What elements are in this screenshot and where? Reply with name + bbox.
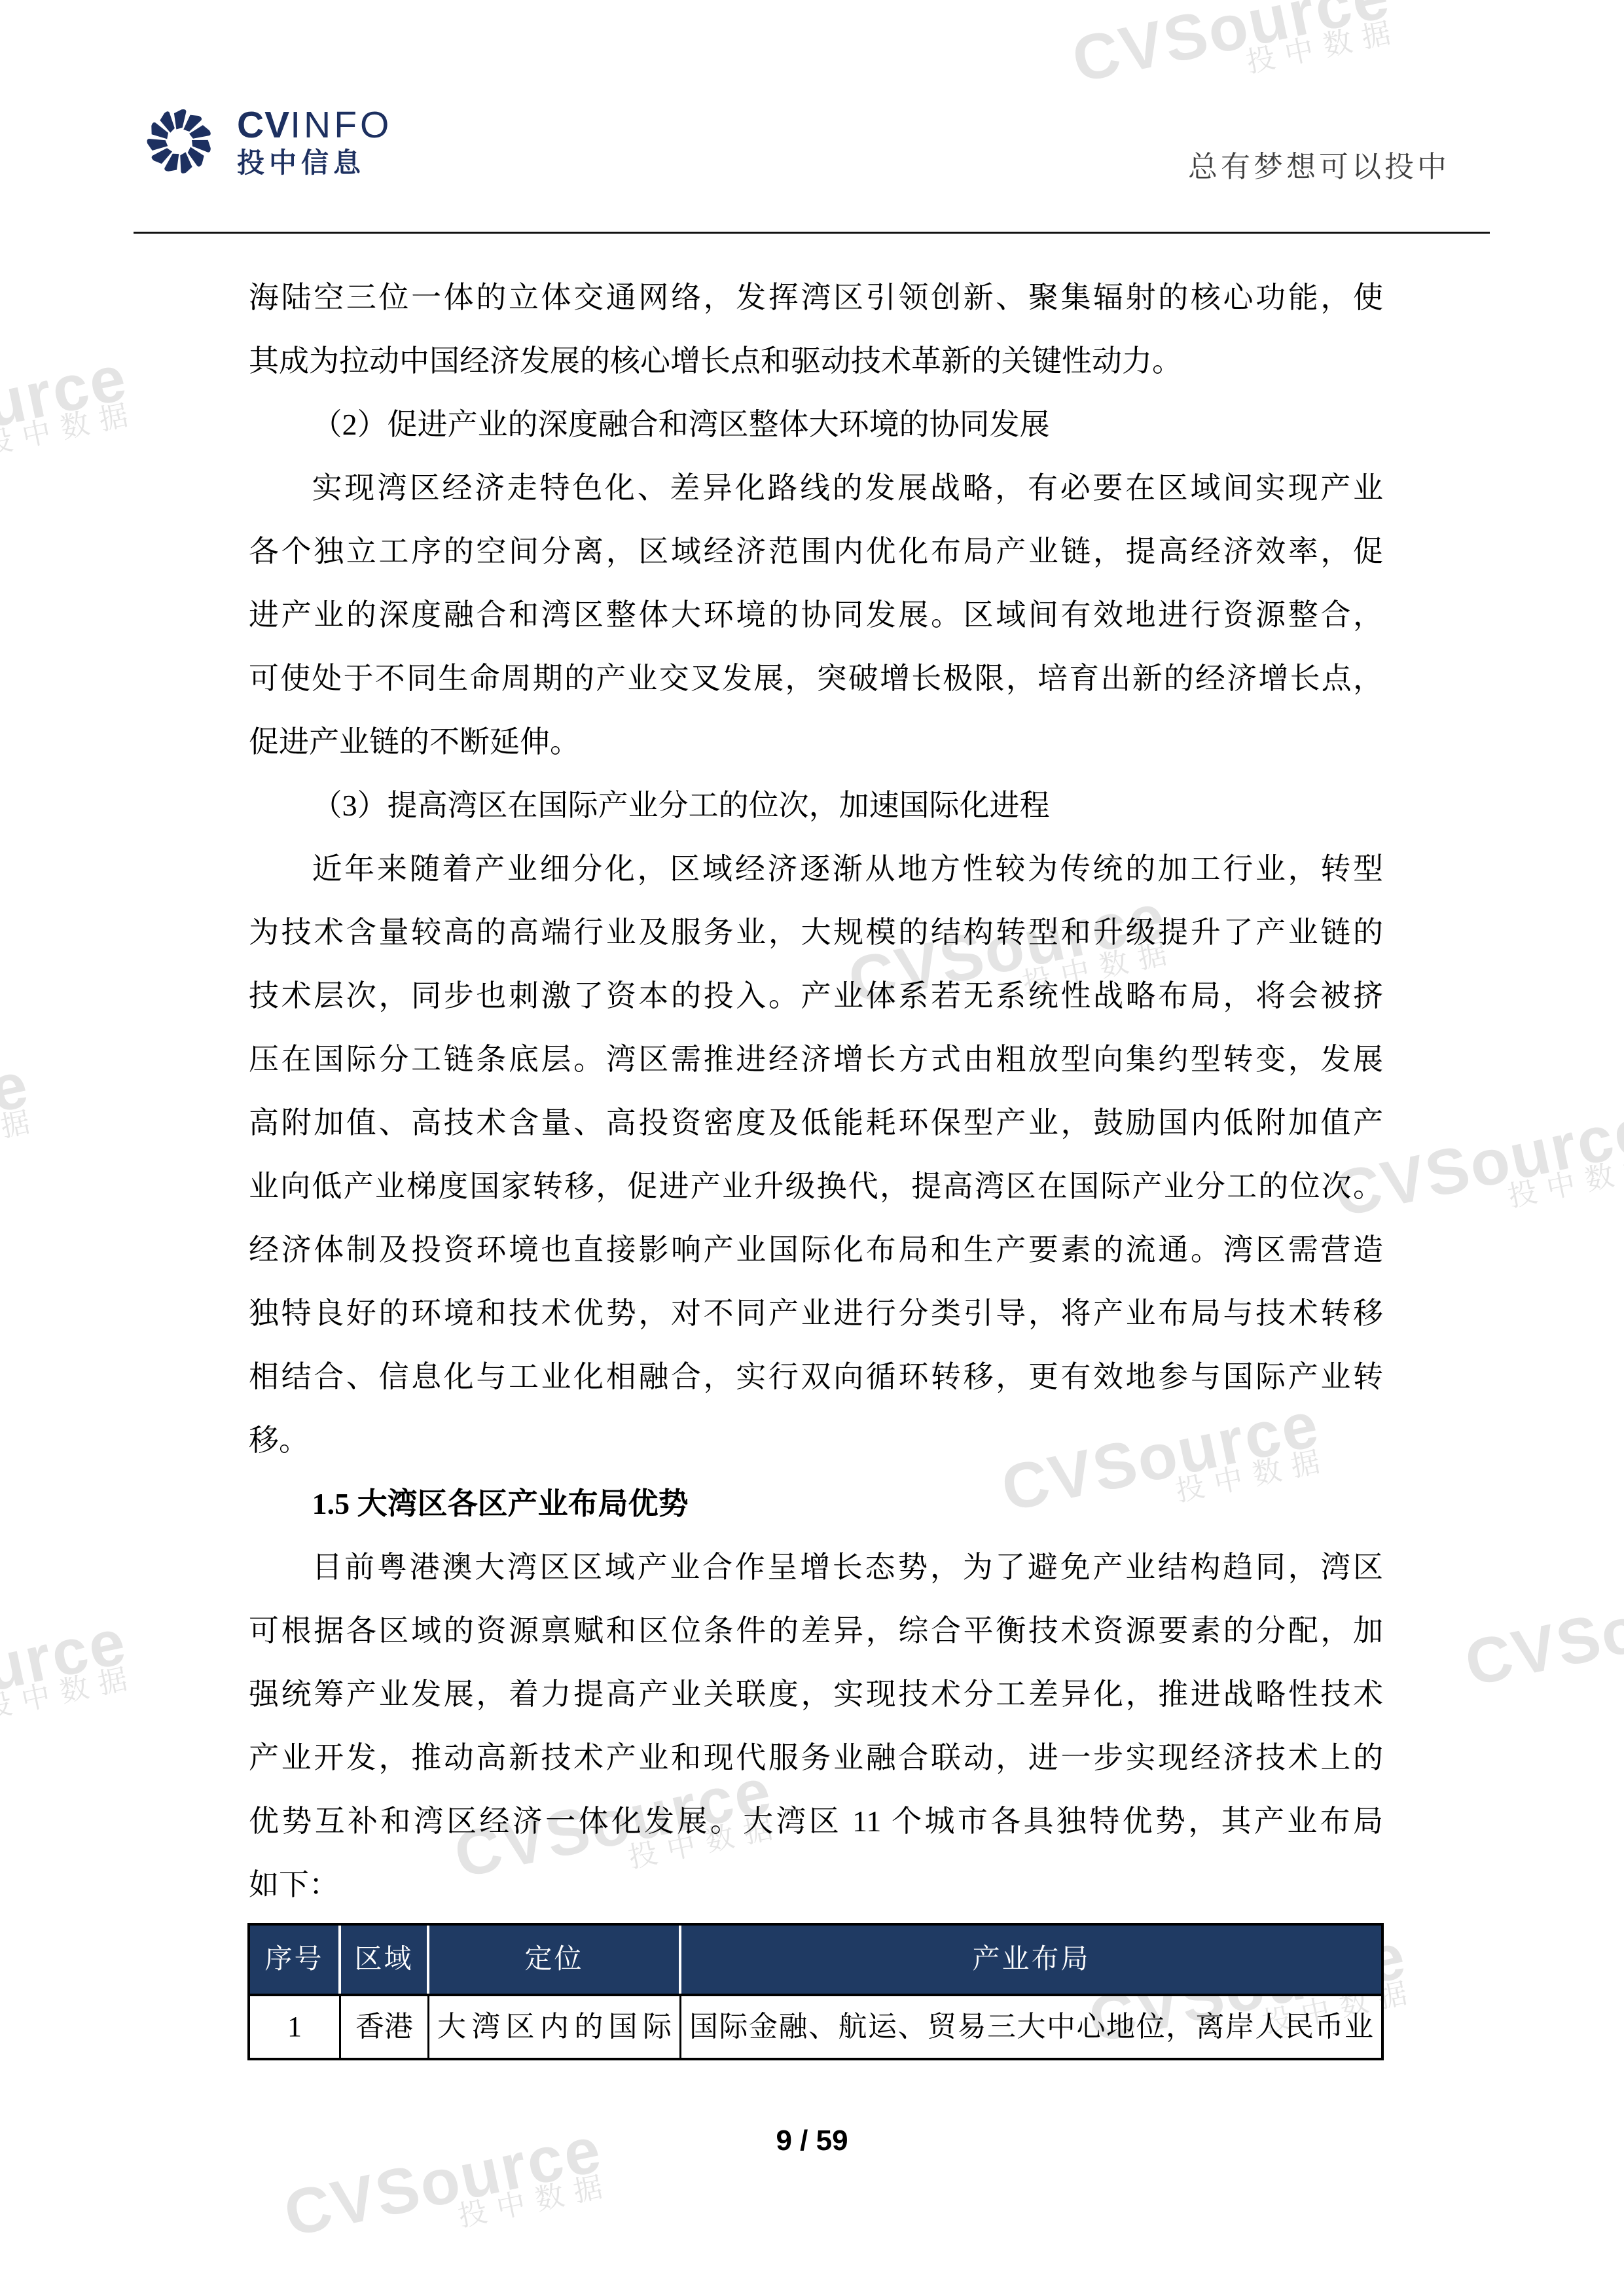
- cvsource-watermark: CVSource投中数据: [1067, 0, 1396, 92]
- table-cell-index: 1: [250, 1996, 341, 2058]
- header-divider: [134, 232, 1490, 234]
- body-line: 技术层次，同步也刺激了资本的投入。产业体系若无系统性战略布局，将会被挤: [249, 964, 1383, 1028]
- table-header-index: 序号: [250, 1926, 341, 1994]
- watermark-subtext: 投中数据: [1244, 17, 1403, 78]
- body-line: 移。: [249, 1408, 1383, 1472]
- body-line: 促进产业链的不断延伸。: [249, 710, 1383, 774]
- watermark-wordmark: CVSource: [1460, 1566, 1624, 1696]
- table-header-industry: 产业布局: [681, 1926, 1381, 1994]
- table-header-position: 定位: [429, 1926, 681, 1994]
- body-line: 压在国际分工链条底层。湾区需推进经济增长方式由粗放型向集约型转变，发展: [249, 1028, 1383, 1091]
- watermark-wordmark: CVSource: [0, 345, 133, 475]
- body-line: 优势互补和湾区经济一体化发展。大湾区 11 个城市各具独特优势，其产业布局: [249, 1789, 1383, 1853]
- body-line: 其成为拉动中国经济发展的核心增长点和驱动技术革新的关键性动力。: [249, 329, 1383, 393]
- logo-wordmark-cn: 投中信息: [237, 149, 392, 177]
- body-line: 产业开发，推动高新技术产业和现代服务业融合联动，进一步实现经济技术上的: [249, 1726, 1383, 1789]
- watermark-subtext: 投中数据: [0, 399, 141, 460]
- body-line: 可使处于不同生命周期的产业交叉发展，突破增长极限，培育出新的经济增长点，: [249, 647, 1383, 710]
- body-line: 目前粤港澳大湾区区域产业合作呈增长态势，为了避免产业结构趋同，湾区: [249, 1535, 1383, 1599]
- table-cell-position: 大湾区内的国际: [429, 1996, 681, 2058]
- cvinfo-logo: CVINFO 投中信息: [141, 103, 392, 179]
- table-cell-industry: 国际金融、航运、贸易三大中心地位，离岸人民币业务: [681, 1996, 1381, 2058]
- body-line: 独特良好的环境和技术优势，对不同产业进行分类引导，将产业布局与技术转移: [249, 1282, 1383, 1345]
- city-industry-table: 序号 区域 定位 产业布局 1 香港 大湾区内的国际 国际金融、航运、贸易三大中…: [247, 1923, 1384, 2060]
- cvsource-watermark: CVSource投中数据: [0, 345, 133, 475]
- table-header-region: 区域: [341, 1926, 429, 1994]
- cvsource-watermark: CVSource投中数据: [0, 1609, 132, 1738]
- watermark-subtext: 投中数据: [0, 1106, 43, 1167]
- body-line: 各个独立工序的空间分离，区域经济范围内优化布局产业链，提高经济效率，促: [249, 520, 1383, 583]
- document-body: 海陆空三位一体的立体交通网络，发挥湾区引领创新、聚集辐射的核心功能，使 其成为拉…: [249, 266, 1383, 1916]
- watermark-subtext: 投中数据: [0, 1663, 140, 1724]
- cvsource-watermark: CVSource投中数据: [0, 1052, 35, 1181]
- logo-cv: CV: [237, 104, 290, 146]
- body-line: （2）促进产业的深度融合和湾区整体大环境的协同发展: [249, 393, 1383, 456]
- table-cell-region: 香港: [341, 1996, 429, 2058]
- body-line: 如下：: [249, 1853, 1383, 1916]
- watermark-wordmark: CVSource: [0, 1609, 132, 1738]
- page-number: 9 / 59: [0, 2125, 1624, 2157]
- document-page: CVSource投中数据 CVSource投中数据 CVSource投中数据 C…: [0, 0, 1624, 2296]
- cvinfo-logo-mark: [141, 103, 217, 179]
- body-line: 强统筹产业发展，着力提高产业关联度，实现技术分工差异化，推进战略性技术: [249, 1662, 1383, 1726]
- table-row: 1 香港 大湾区内的国际 国际金融、航运、贸易三大中心地位，离岸人民币业务: [250, 1996, 1381, 2058]
- body-line: 高附加值、高技术含量、高投资密度及低能耗环保型产业，鼓励国内低附加值产: [249, 1091, 1383, 1155]
- body-line: 经济体制及投资环境也直接影响产业国际化布局和生产要素的流通。湾区需营造: [249, 1218, 1383, 1282]
- watermark-wordmark: CVSource: [0, 1052, 35, 1181]
- body-line: 相结合、信息化与工业化相融合，实行双向循环转移，更有效地参与国际产业转: [249, 1345, 1383, 1408]
- body-line: 近年来随着产业细分化，区域经济逐渐从地方性较为传统的加工行业，转型: [249, 837, 1383, 901]
- watermark-subtext: 投中数据: [1506, 1151, 1624, 1212]
- header-tagline: 总有梦想可以投中: [1188, 143, 1450, 185]
- watermark-subtext: 投中数据: [456, 2171, 615, 2232]
- logo-info: INFO: [290, 104, 392, 146]
- body-line: 实现湾区经济走特色化、差异化路线的发展战略，有必要在区域间实现产业: [249, 456, 1383, 520]
- cvinfo-logo-text: CVINFO 投中信息: [237, 107, 392, 177]
- body-line: 海陆空三位一体的立体交通网络，发挥湾区引领创新、聚集辐射的核心功能，使: [249, 266, 1383, 329]
- watermark-wordmark: CVSource: [1067, 0, 1396, 92]
- section-heading: 1.5 大湾区各区产业布局优势: [249, 1472, 1383, 1535]
- table-header-row: 序号 区域 定位 产业布局: [250, 1926, 1381, 1996]
- body-line: 业向低产业梯度国家转移，促进产业升级换代，提高湾区在国际产业分工的位次。: [249, 1155, 1383, 1218]
- body-line: （3）提高湾区在国际产业分工的位次，加速国际化进程: [249, 774, 1383, 837]
- logo-wordmark-en: CVINFO: [237, 107, 392, 144]
- body-line: 为技术含量较高的高端行业及服务业，大规模的结构转型和升级提升了产业链的: [249, 901, 1383, 964]
- body-line: 进产业的深度融合和湾区整体大环境的协同发展。区域间有效地进行资源整合，: [249, 583, 1383, 647]
- body-line: 可根据各区域的资源禀赋和区位条件的差异，综合平衡技术资源要素的分配，加: [249, 1599, 1383, 1662]
- cvsource-watermark: CVSource投中数据: [1460, 1566, 1624, 1696]
